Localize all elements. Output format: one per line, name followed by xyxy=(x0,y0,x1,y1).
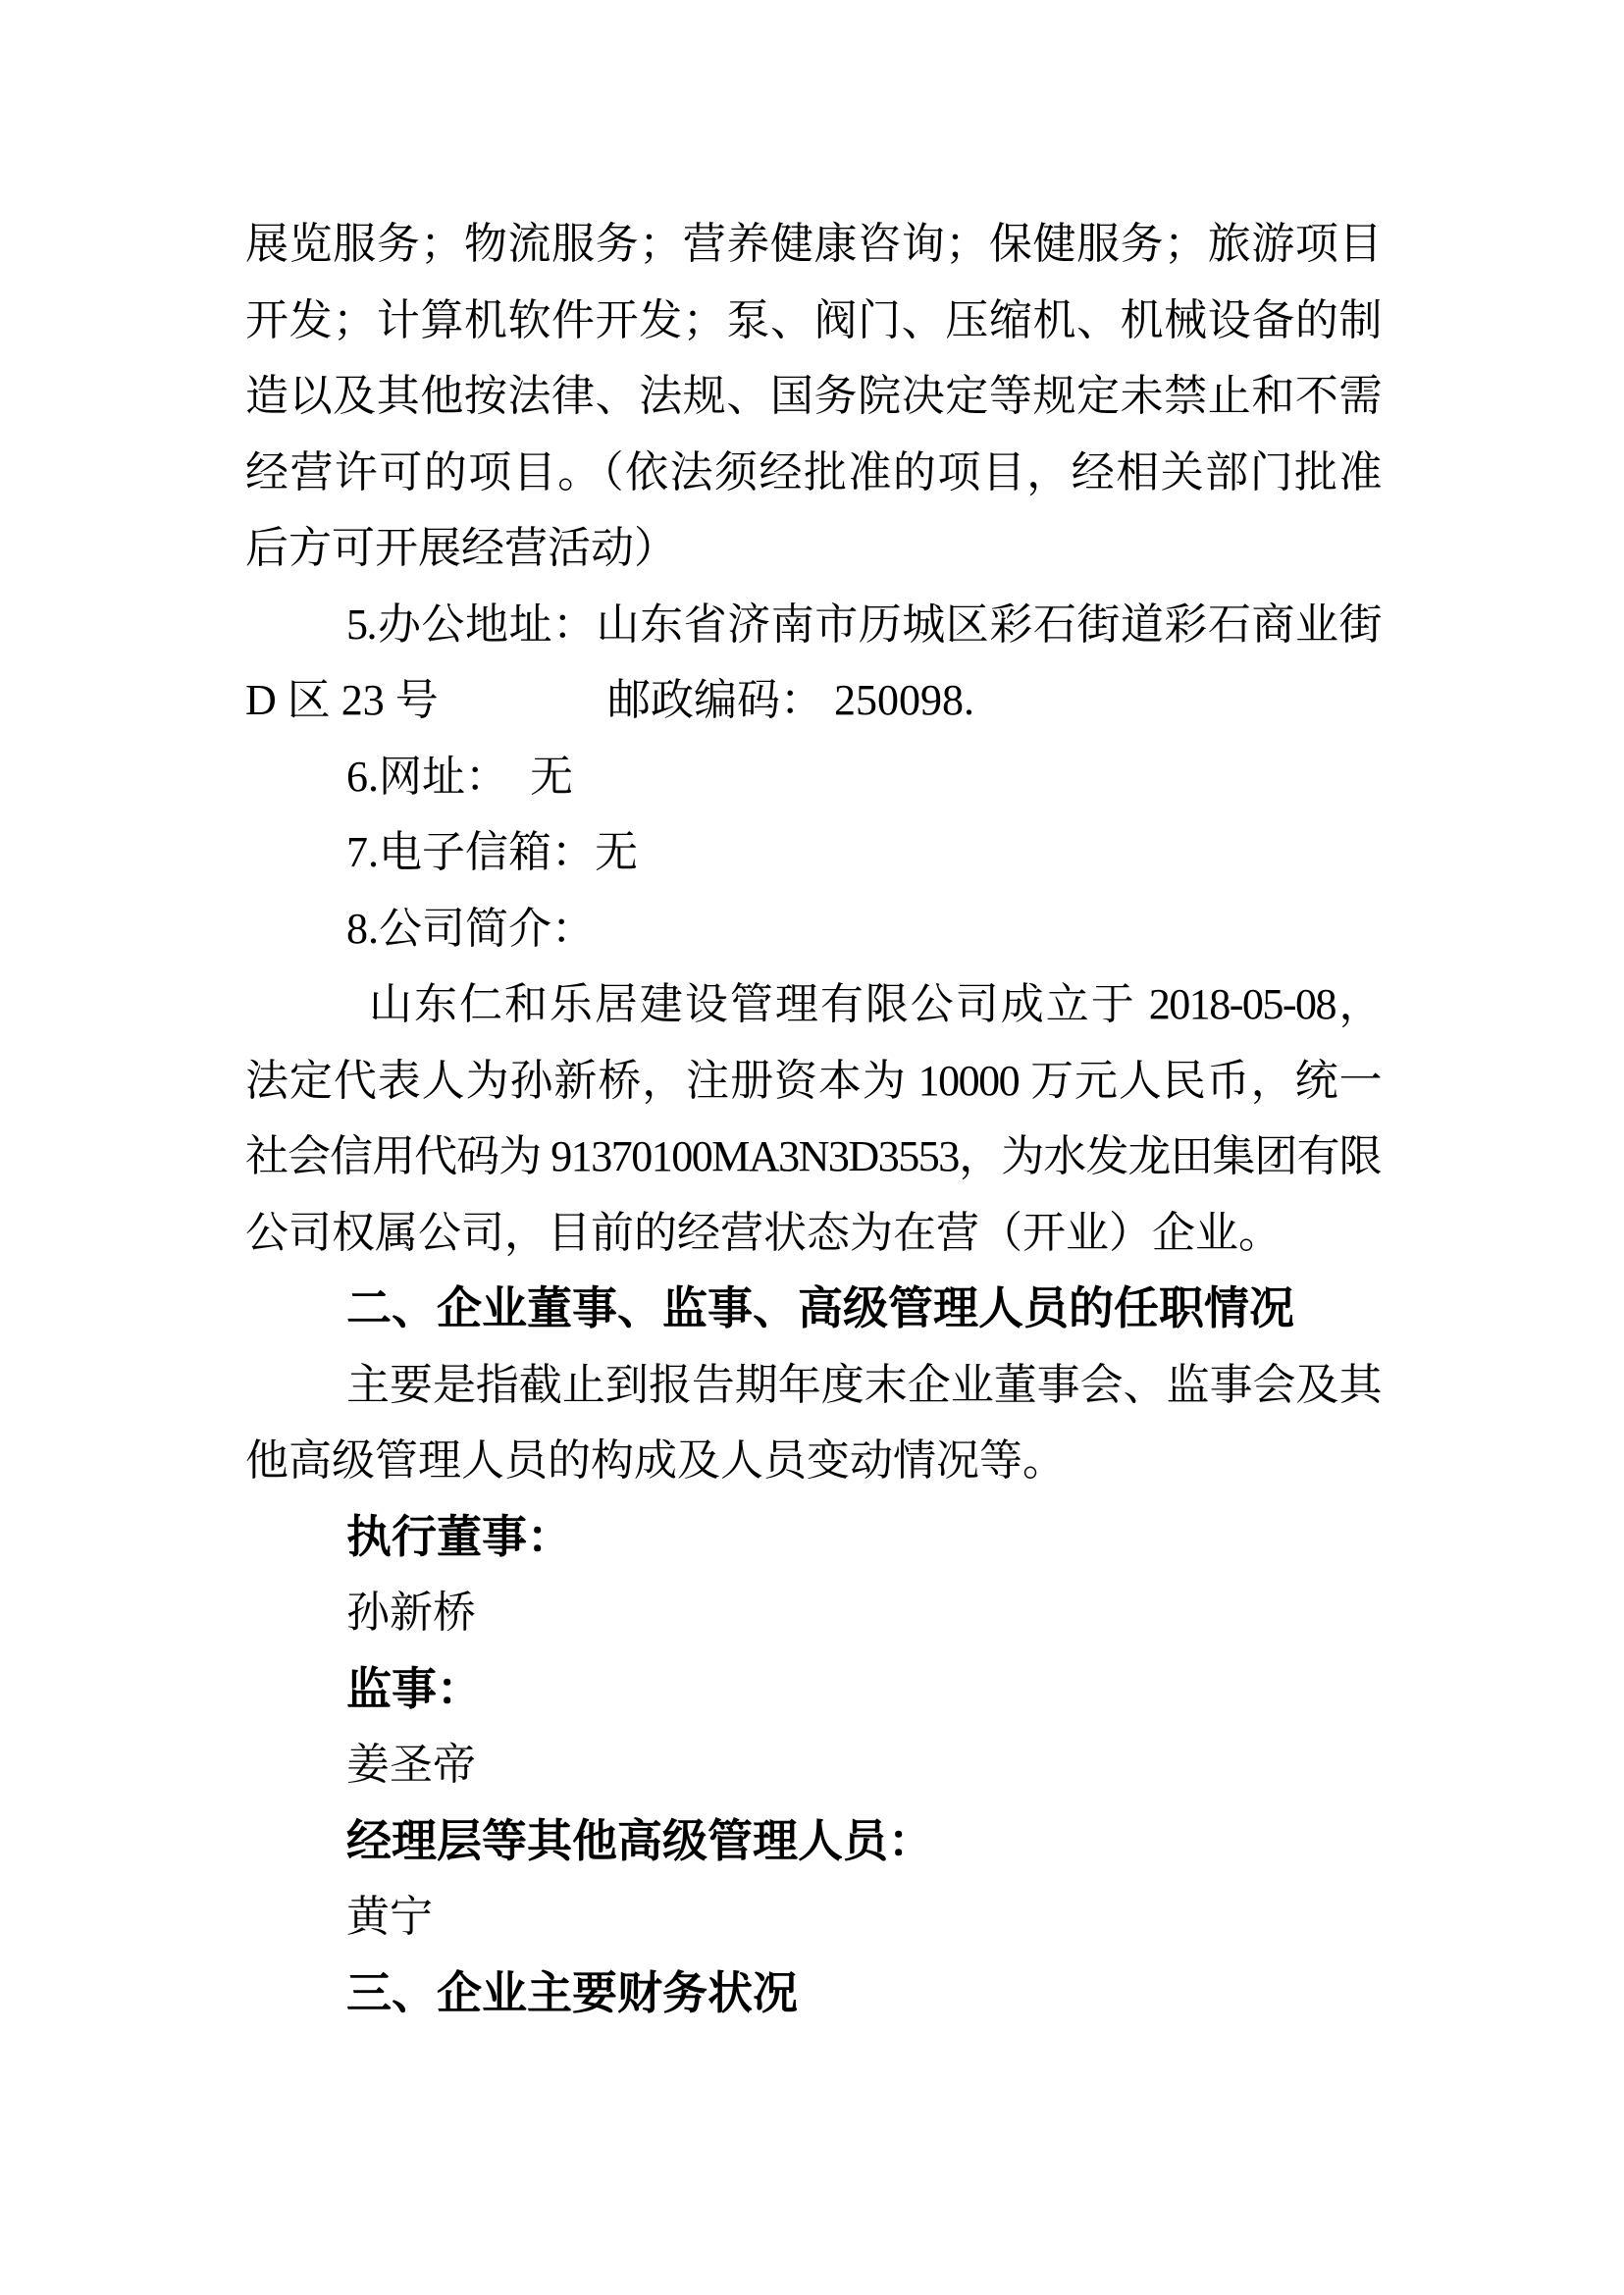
text-run: 经营许可的项目。（依法须经批准的项目，经相关部门批准 xyxy=(245,448,1381,496)
text-run: 8.公司简介： xyxy=(346,905,595,953)
text-run: 姜圣帝 xyxy=(346,1741,476,1789)
text-run: 后方可开展经营活动） xyxy=(245,524,677,572)
text-line-13: 社会信用代码为 91370100MA3N3D3553，为水发龙田集团有限 xyxy=(245,1119,1381,1195)
text-run: 黄宁 xyxy=(346,1893,433,1941)
text-run: 7.电子信箱：无 xyxy=(346,828,638,876)
text-run: 法定代表人为孙新桥，注册资本为 10000 万元人民币，统一 xyxy=(245,1057,1381,1105)
text-run: 主要是指截止到报告期年度末企业董事会、监事会及其 xyxy=(346,1361,1381,1409)
text-line-2: 开发；计算机软件开发；泵、阀门、压缩机、机械设备的制 xyxy=(245,283,1381,359)
text-line-4: 经营许可的项目。（依法须经批准的项目，经相关部门批准 xyxy=(245,435,1381,511)
text-run: 6.网址： 无 xyxy=(346,753,573,801)
text-run: 开发；计算机软件开发；泵、阀门、压缩机、机械设备的制 xyxy=(245,296,1381,344)
item-7-email: 7.电子信箱：无 xyxy=(245,814,1381,891)
text-run: 山东仁和乐居建设管理有限公司成立于 2018-05-08， xyxy=(369,980,1381,1028)
name-supervisor: 姜圣帝 xyxy=(245,1727,1381,1803)
page: 展览服务；物流服务；营养健康咨询；保健服务；旅游项目开发；计算机软件开发；泵、阀… xyxy=(0,0,1624,2295)
text-run: 公司权属公司，目前的经营状态为在营（开业）企业。 xyxy=(245,1209,1282,1257)
text-run: 二、企业董事、监事、高级管理人员的任职情况 xyxy=(346,1283,1294,1333)
section-heading-2: 二、企业董事、监事、高级管理人员的任职情况 xyxy=(245,1271,1381,1347)
text-line-5: 后方可开展经营活动） xyxy=(245,510,1381,587)
text-run: 三、企业主要财务状况 xyxy=(346,1968,798,2018)
text-line-17: 他高级管理人员的构成及人员变动情况等。 xyxy=(245,1423,1381,1499)
item-5-office-address: 5.办公地址：山东省济南市历城区彩石街道彩石商业街 xyxy=(245,587,1381,663)
name-executive-director: 孙新桥 xyxy=(245,1575,1381,1651)
text-segment: 邮政编码： 250098. xyxy=(607,662,974,739)
text-line-16: 主要是指截止到报告期年度末企业董事会、监事会及其 xyxy=(245,1347,1381,1424)
text-run: 造以及其他按法律、法规、国务院决定等规定未禁止和不需 xyxy=(245,372,1381,420)
item-8-company-profile: 8.公司简介： xyxy=(245,891,1381,967)
item-6-website: 6.网址： 无 xyxy=(245,739,1381,815)
label-senior-managers: 经理层等其他高级管理人员： xyxy=(245,1803,1381,1880)
text-run: 展览服务；物流服务；营养健康咨询；保健服务；旅游项目 xyxy=(245,220,1381,268)
text-line-11: 山东仁和乐居建设管理有限公司成立于 2018-05-08， xyxy=(245,966,1381,1043)
text-run: 他高级管理人员的构成及人员变动情况等。 xyxy=(245,1436,1066,1485)
text-run: 监事： xyxy=(346,1664,482,1714)
label-executive-director: 执行董事： xyxy=(245,1499,1381,1576)
text-line-3: 造以及其他按法律、法规、国务院决定等规定未禁止和不需 xyxy=(245,358,1381,435)
text-line-1: 展览服务；物流服务；营养健康咨询；保健服务；旅游项目 xyxy=(245,206,1381,283)
text-run: 执行董事： xyxy=(346,1512,572,1562)
section-heading-3: 三、企业主要财务状况 xyxy=(245,1956,1381,2032)
document-body: 展览服务；物流服务；营养健康咨询；保健服务；旅游项目开发；计算机软件开发；泵、阀… xyxy=(245,206,1381,2031)
text-run: 孙新桥 xyxy=(346,1589,476,1637)
address-and-postcode-line: D 区 23 号邮政编码： 250098. xyxy=(245,662,1381,739)
name-senior-manager: 黄宁 xyxy=(245,1879,1381,1956)
text-line-12: 法定代表人为孙新桥，注册资本为 10000 万元人民币，统一 xyxy=(245,1043,1381,1120)
text-run: 5.办公地址：山东省济南市历城区彩石街道彩石商业街 xyxy=(346,600,1381,649)
text-line-14: 公司权属公司，目前的经营状态为在营（开业）企业。 xyxy=(245,1195,1381,1272)
text-run: 经理层等其他高级管理人员： xyxy=(346,1816,933,1866)
text-segment: D 区 23 号 xyxy=(245,676,439,724)
text-run: 社会信用代码为 91370100MA3N3D3553，为水发龙田集团有限 xyxy=(245,1132,1381,1180)
label-supervisor: 监事： xyxy=(245,1651,1381,1728)
